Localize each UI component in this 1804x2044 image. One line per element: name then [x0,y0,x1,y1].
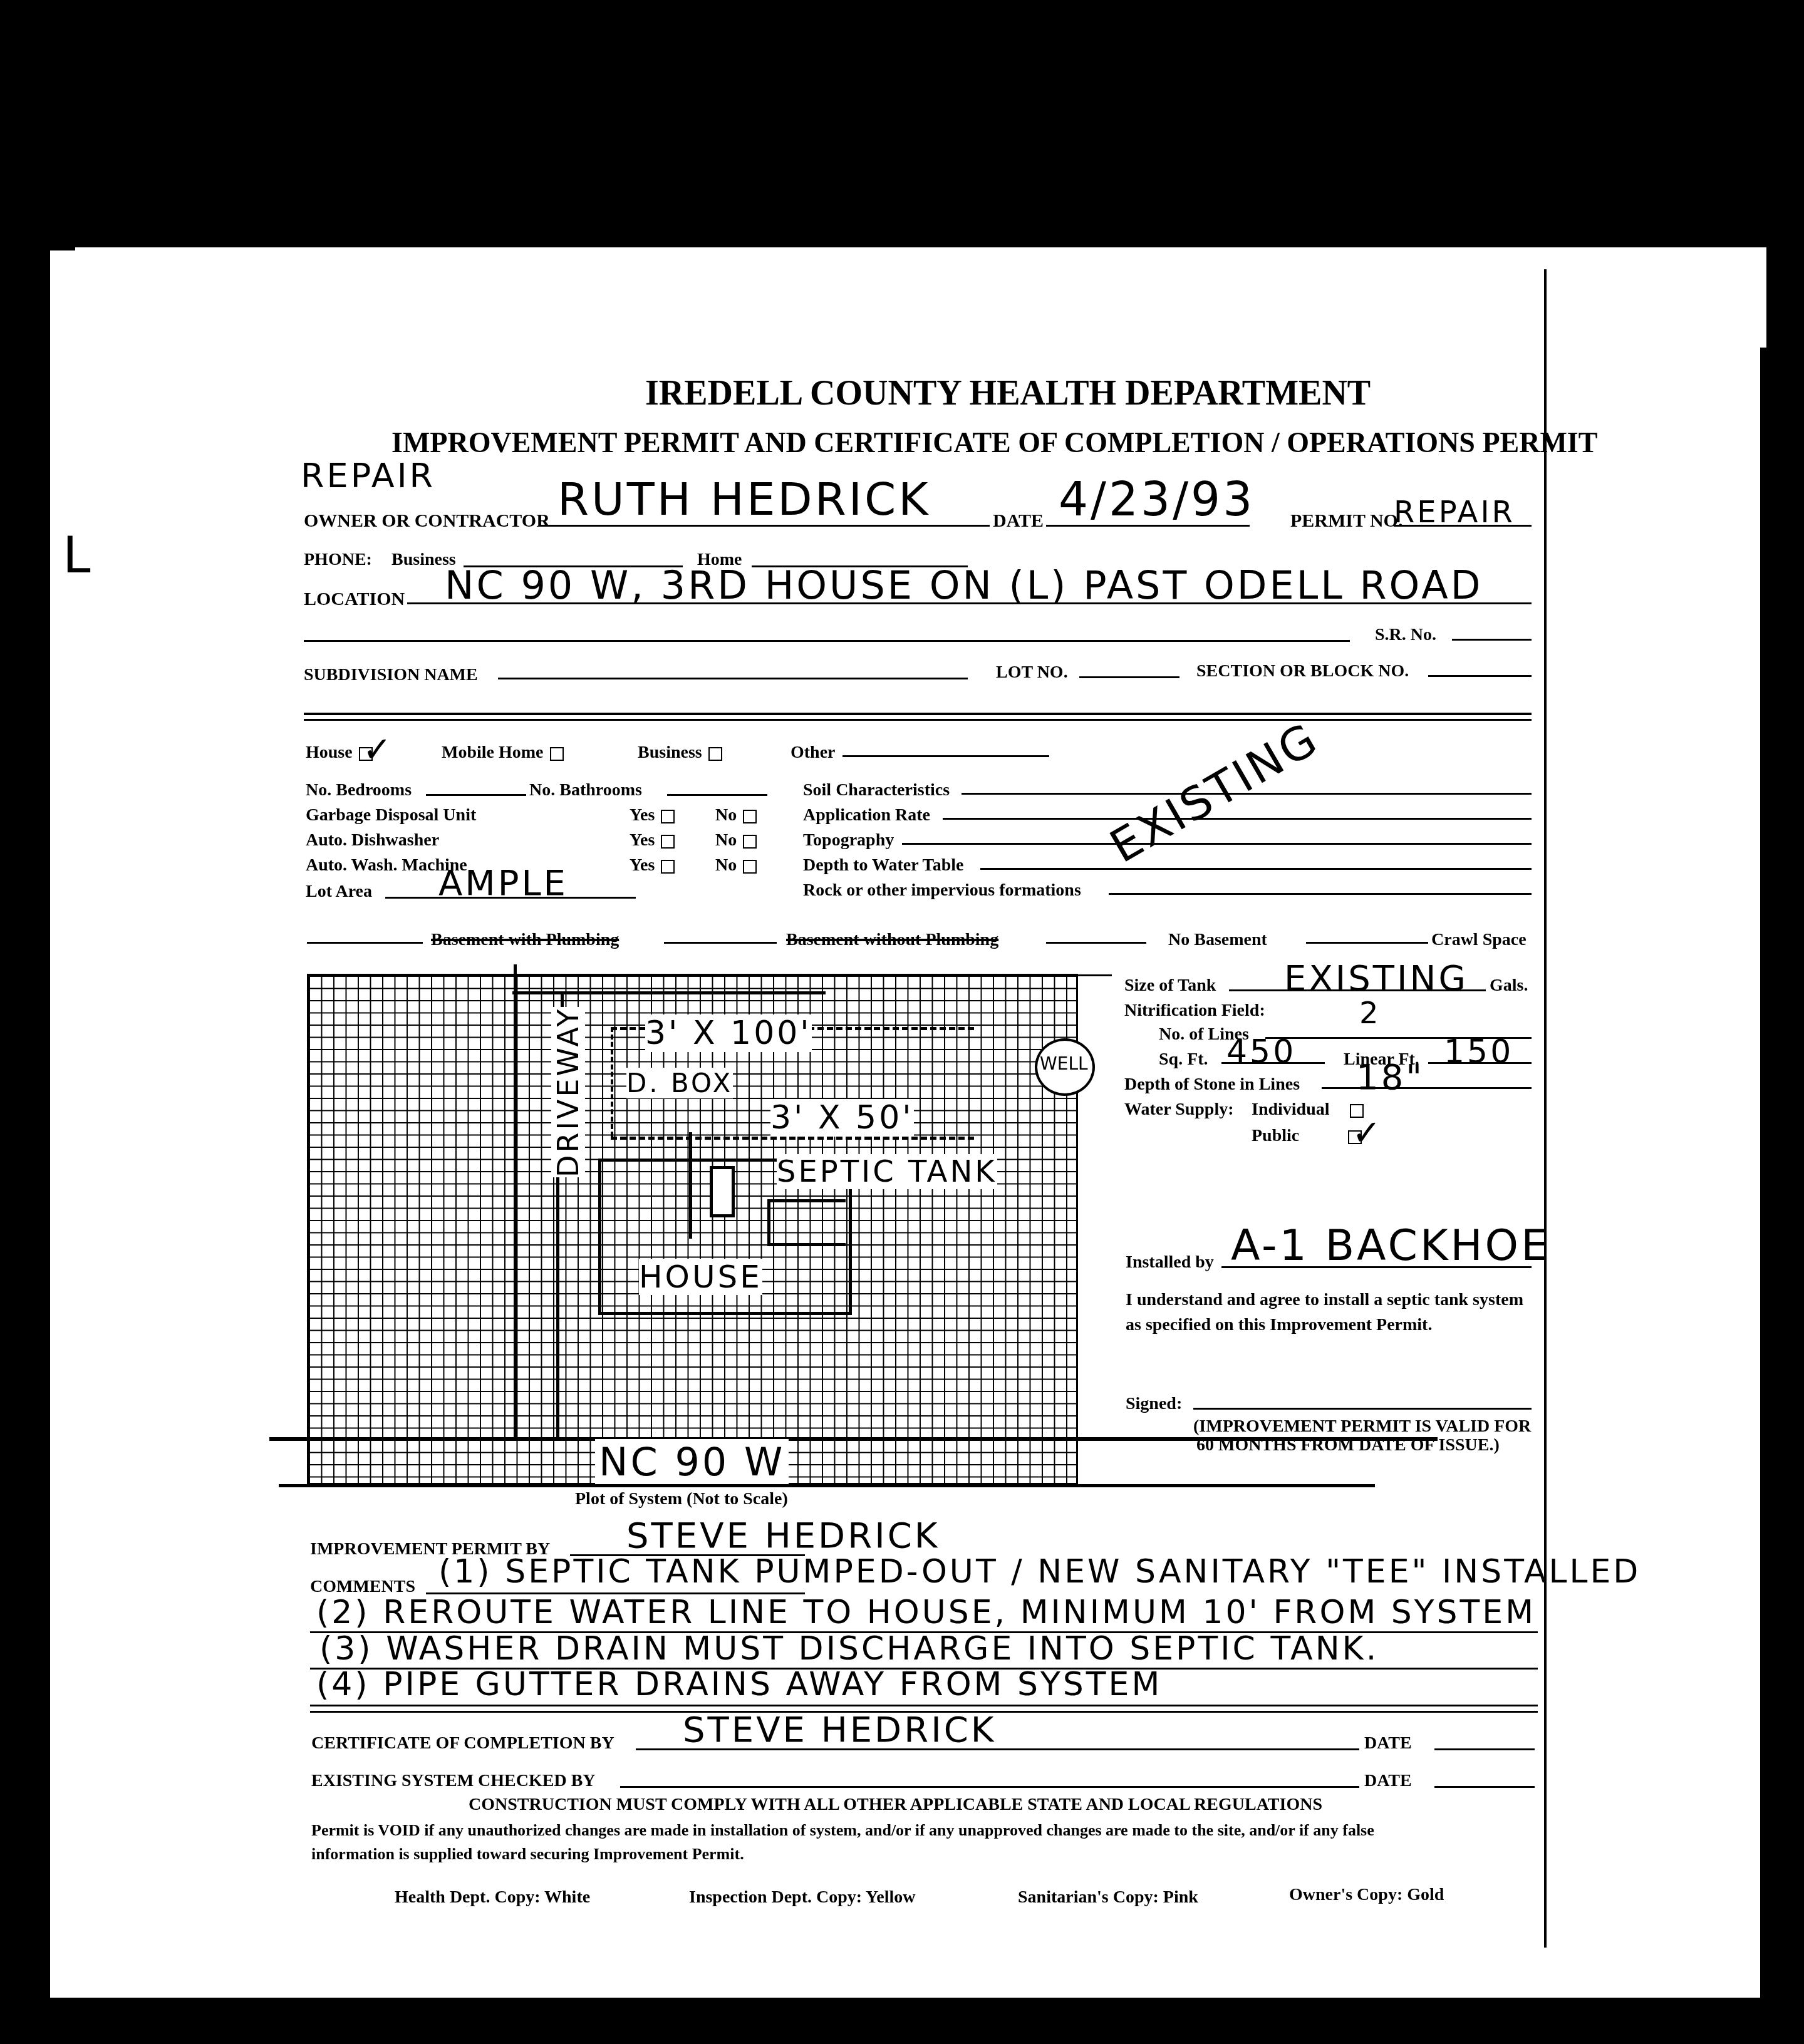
date-field[interactable]: 4/23/93 [1059,473,1255,527]
existing-checked-label: EXISTING SYSTEM CHECKED BY [311,1771,596,1791]
subdivision-field[interactable] [498,678,968,679]
existing-date-label: DATE [1364,1771,1412,1791]
lot-no-label: LOT NO. [996,663,1068,683]
well-label: WELL [1040,1053,1088,1074]
driveway-left-edge [514,964,517,1440]
garbage-disposal-label: Garbage Disposal Unit [306,805,476,825]
crawl-space-field[interactable] [1306,942,1428,944]
form-right-edge [1544,269,1547,1948]
section-block-label: SECTION OR BLOCK NO. [1196,661,1409,681]
basement-with-field[interactable] [307,942,423,944]
application-rate-field[interactable] [943,818,1532,820]
location-label: LOCATION [304,589,405,610]
linear-ft-field[interactable]: 150 [1444,1033,1513,1071]
public-checkbox[interactable] [1348,1130,1362,1144]
garbage-disposal-no[interactable]: No [715,805,757,825]
installed-by-field[interactable]: A-1 BACKHOE [1231,1221,1550,1271]
rock-formations-field[interactable] [1109,893,1532,895]
mobile-home-label: Mobile Home [442,743,544,762]
permit-no-field[interactable]: REPAIR [1394,495,1515,530]
business-label: Business [638,743,702,762]
dishwasher-label: Auto. Dishwasher [306,830,439,850]
comment-line-4[interactable]: (4) PIPE GUTTER DRAINS AWAY FROM SYSTEM [316,1666,1162,1703]
water-supply-label: Water Supply: [1124,1100,1234,1120]
certificate-label: CERTIFICATE OF COMPLETION BY [311,1733,614,1753]
water-public-option[interactable]: Public [1252,1126,1362,1146]
dishwasher-yes[interactable]: Yes [630,830,675,850]
bedrooms-label: No. Bedrooms [306,780,412,800]
sr-no-field[interactable] [1452,639,1532,641]
no-basement-field[interactable] [1046,942,1146,944]
form-title: IMPROVEMENT PERMIT AND CERTIFICATE OF CO… [391,426,1597,459]
other-label: Other [791,743,836,763]
driveway-label: DRIVEWAY [551,1007,585,1177]
validity-line-1: (IMPROVEMENT PERMIT IS VALID FOR [1193,1417,1531,1437]
compliance-notice: CONSTRUCTION MUST COMPLY WITH ALL OTHER … [469,1795,1322,1815]
installed-by-label: Installed by [1126,1252,1214,1272]
mobile-home-checkbox[interactable] [550,747,564,761]
department-title: IREDELL COUNTY HEALTH DEPARTMENT [645,373,1371,413]
mobile-home-option[interactable]: Mobile Home [442,743,564,763]
comment-line-2[interactable]: (2) REROUTE WATER LINE TO HOUSE, MINIMUM… [316,1594,1536,1631]
wash-machine-yes[interactable]: Yes [630,855,675,875]
copy-sanitarian: Sanitarian's Copy: Pink [1018,1887,1198,1907]
business-checkbox[interactable] [708,747,722,761]
house-label: House [306,743,353,762]
copy-owner: Owner's Copy: Gold [1289,1885,1444,1905]
d-box-label: D. BOX [626,1068,733,1098]
basement-without-field[interactable] [664,942,777,944]
individual-label: Individual [1252,1100,1330,1119]
septic-tank-shape [710,1166,735,1217]
driveway-top-line [512,991,826,999]
void-notice-line-1: Permit is VOID if any unauthorized chang… [311,1821,1374,1840]
water-table-label: Depth to Water Table [803,855,963,875]
house-checkbox[interactable] [359,747,373,761]
business-option[interactable]: Business [638,743,722,763]
subdivision-label: SUBDIVISION NAME [304,665,478,685]
phone-label: PHONE: [304,550,372,570]
comment-line-3[interactable]: (3) WASHER DRAIN MUST DISCHARGE INTO SEP… [319,1630,1379,1668]
plot-caption: Plot of System (Not to Scale) [575,1489,788,1509]
existing-date-field[interactable] [1434,1786,1535,1788]
water-table-field[interactable] [980,868,1532,870]
water-individual-option[interactable]: Individual [1252,1100,1364,1120]
topography-label: Topography [803,830,894,850]
no-of-lines-value[interactable]: 2 [1359,996,1381,1031]
basement-with-plumbing-label: Basement with Plumbing [431,930,619,950]
signed-label: Signed: [1126,1394,1182,1414]
gals-label: Gals. [1490,976,1528,996]
crawl-space-label: Crawl Space [1431,930,1527,950]
certificate-date-field[interactable] [1434,1748,1535,1750]
certificate-field[interactable]: STEVE HEDRICK [683,1710,997,1750]
no-basement-label: No Basement [1168,930,1267,950]
nitrification-label: Nitrification Field: [1124,1001,1265,1021]
signed-field[interactable] [1193,1408,1532,1410]
copy-health-dept: Health Dept. Copy: White [395,1887,590,1907]
sqft-field[interactable]: 450 [1226,1033,1296,1071]
other-field[interactable] [842,755,1049,757]
bedrooms-field[interactable] [426,794,526,796]
field-top-dimension: 3' X 100' [645,1014,812,1052]
topography-field[interactable] [902,843,1532,845]
comment-line-1[interactable]: (1) SEPTIC TANK PUMPED-OUT / NEW SANITAR… [438,1553,1641,1591]
application-rate-label: Application Rate [803,805,930,825]
permit-no-label: PERMIT NO. [1290,510,1402,532]
agreement-line-1: I understand and agree to install a sept… [1126,1290,1523,1310]
septic-tank-label: SEPTIC TANK [777,1154,997,1189]
tank-size-label: Size of Tank [1124,976,1216,996]
stone-depth-field[interactable]: 18" [1356,1057,1424,1098]
owner-field[interactable]: RUTH HEDRICK [557,473,931,525]
lot-area-field[interactable]: AMPLE [438,863,568,904]
public-label: Public [1252,1126,1299,1145]
basement-without-plumbing-label: Basement without Plumbing [786,930,998,950]
house-option[interactable]: House [306,743,373,763]
road-label: NC 90 W [595,1439,789,1485]
field-bottom-dimension: 3' X 50' [770,1099,914,1137]
wash-machine-no[interactable]: No [715,855,757,875]
repair-note: REPAIR [301,456,435,495]
page-top-edge [75,247,1766,348]
tank-size-field[interactable]: EXISTING [1284,958,1468,999]
lot-area-label: Lot Area [306,882,372,902]
copy-inspection-dept: Inspection Dept. Copy: Yellow [689,1887,915,1907]
permit-by-field[interactable]: STEVE HEDRICK [626,1515,940,1556]
sqft-label: Sq. Ft. [1159,1050,1208,1070]
sr-no-label: S.R. No. [1375,625,1436,645]
agreement-line-2: as specified on this Improvement Permit. [1126,1315,1432,1335]
soil-characteristics-label: Soil Characteristics [803,780,950,800]
house-label-plot: HOUSE [639,1259,762,1295]
margin-mark: L [63,526,93,584]
date-label: DATE [993,510,1044,532]
existing-checked-field[interactable] [620,1786,1359,1788]
stone-depth-label: Depth of Stone in Lines [1124,1075,1300,1095]
section-block-field[interactable] [1428,675,1532,677]
location-field[interactable]: NC 90 W, 3RD HOUSE ON (L) PAST ODELL ROA… [445,562,1483,608]
lot-no-field[interactable] [1079,676,1179,678]
void-notice-line-2: information is supplied toward securing … [311,1845,744,1864]
validity-line-2: 60 MONTHS FROM DATE OF ISSUE.) [1196,1435,1500,1455]
owner-label: OWNER OR CONTRACTOR [304,510,550,532]
garbage-disposal-yes[interactable]: Yes [630,805,675,825]
certificate-date-label: DATE [1364,1733,1412,1753]
bathrooms-field[interactable] [667,794,767,796]
rock-formations-label: Rock or other impervious formations [803,880,1081,901]
field-line-bottom [611,1137,974,1140]
bathrooms-label: No. Bathrooms [529,780,642,800]
dishwasher-no[interactable]: No [715,830,757,850]
